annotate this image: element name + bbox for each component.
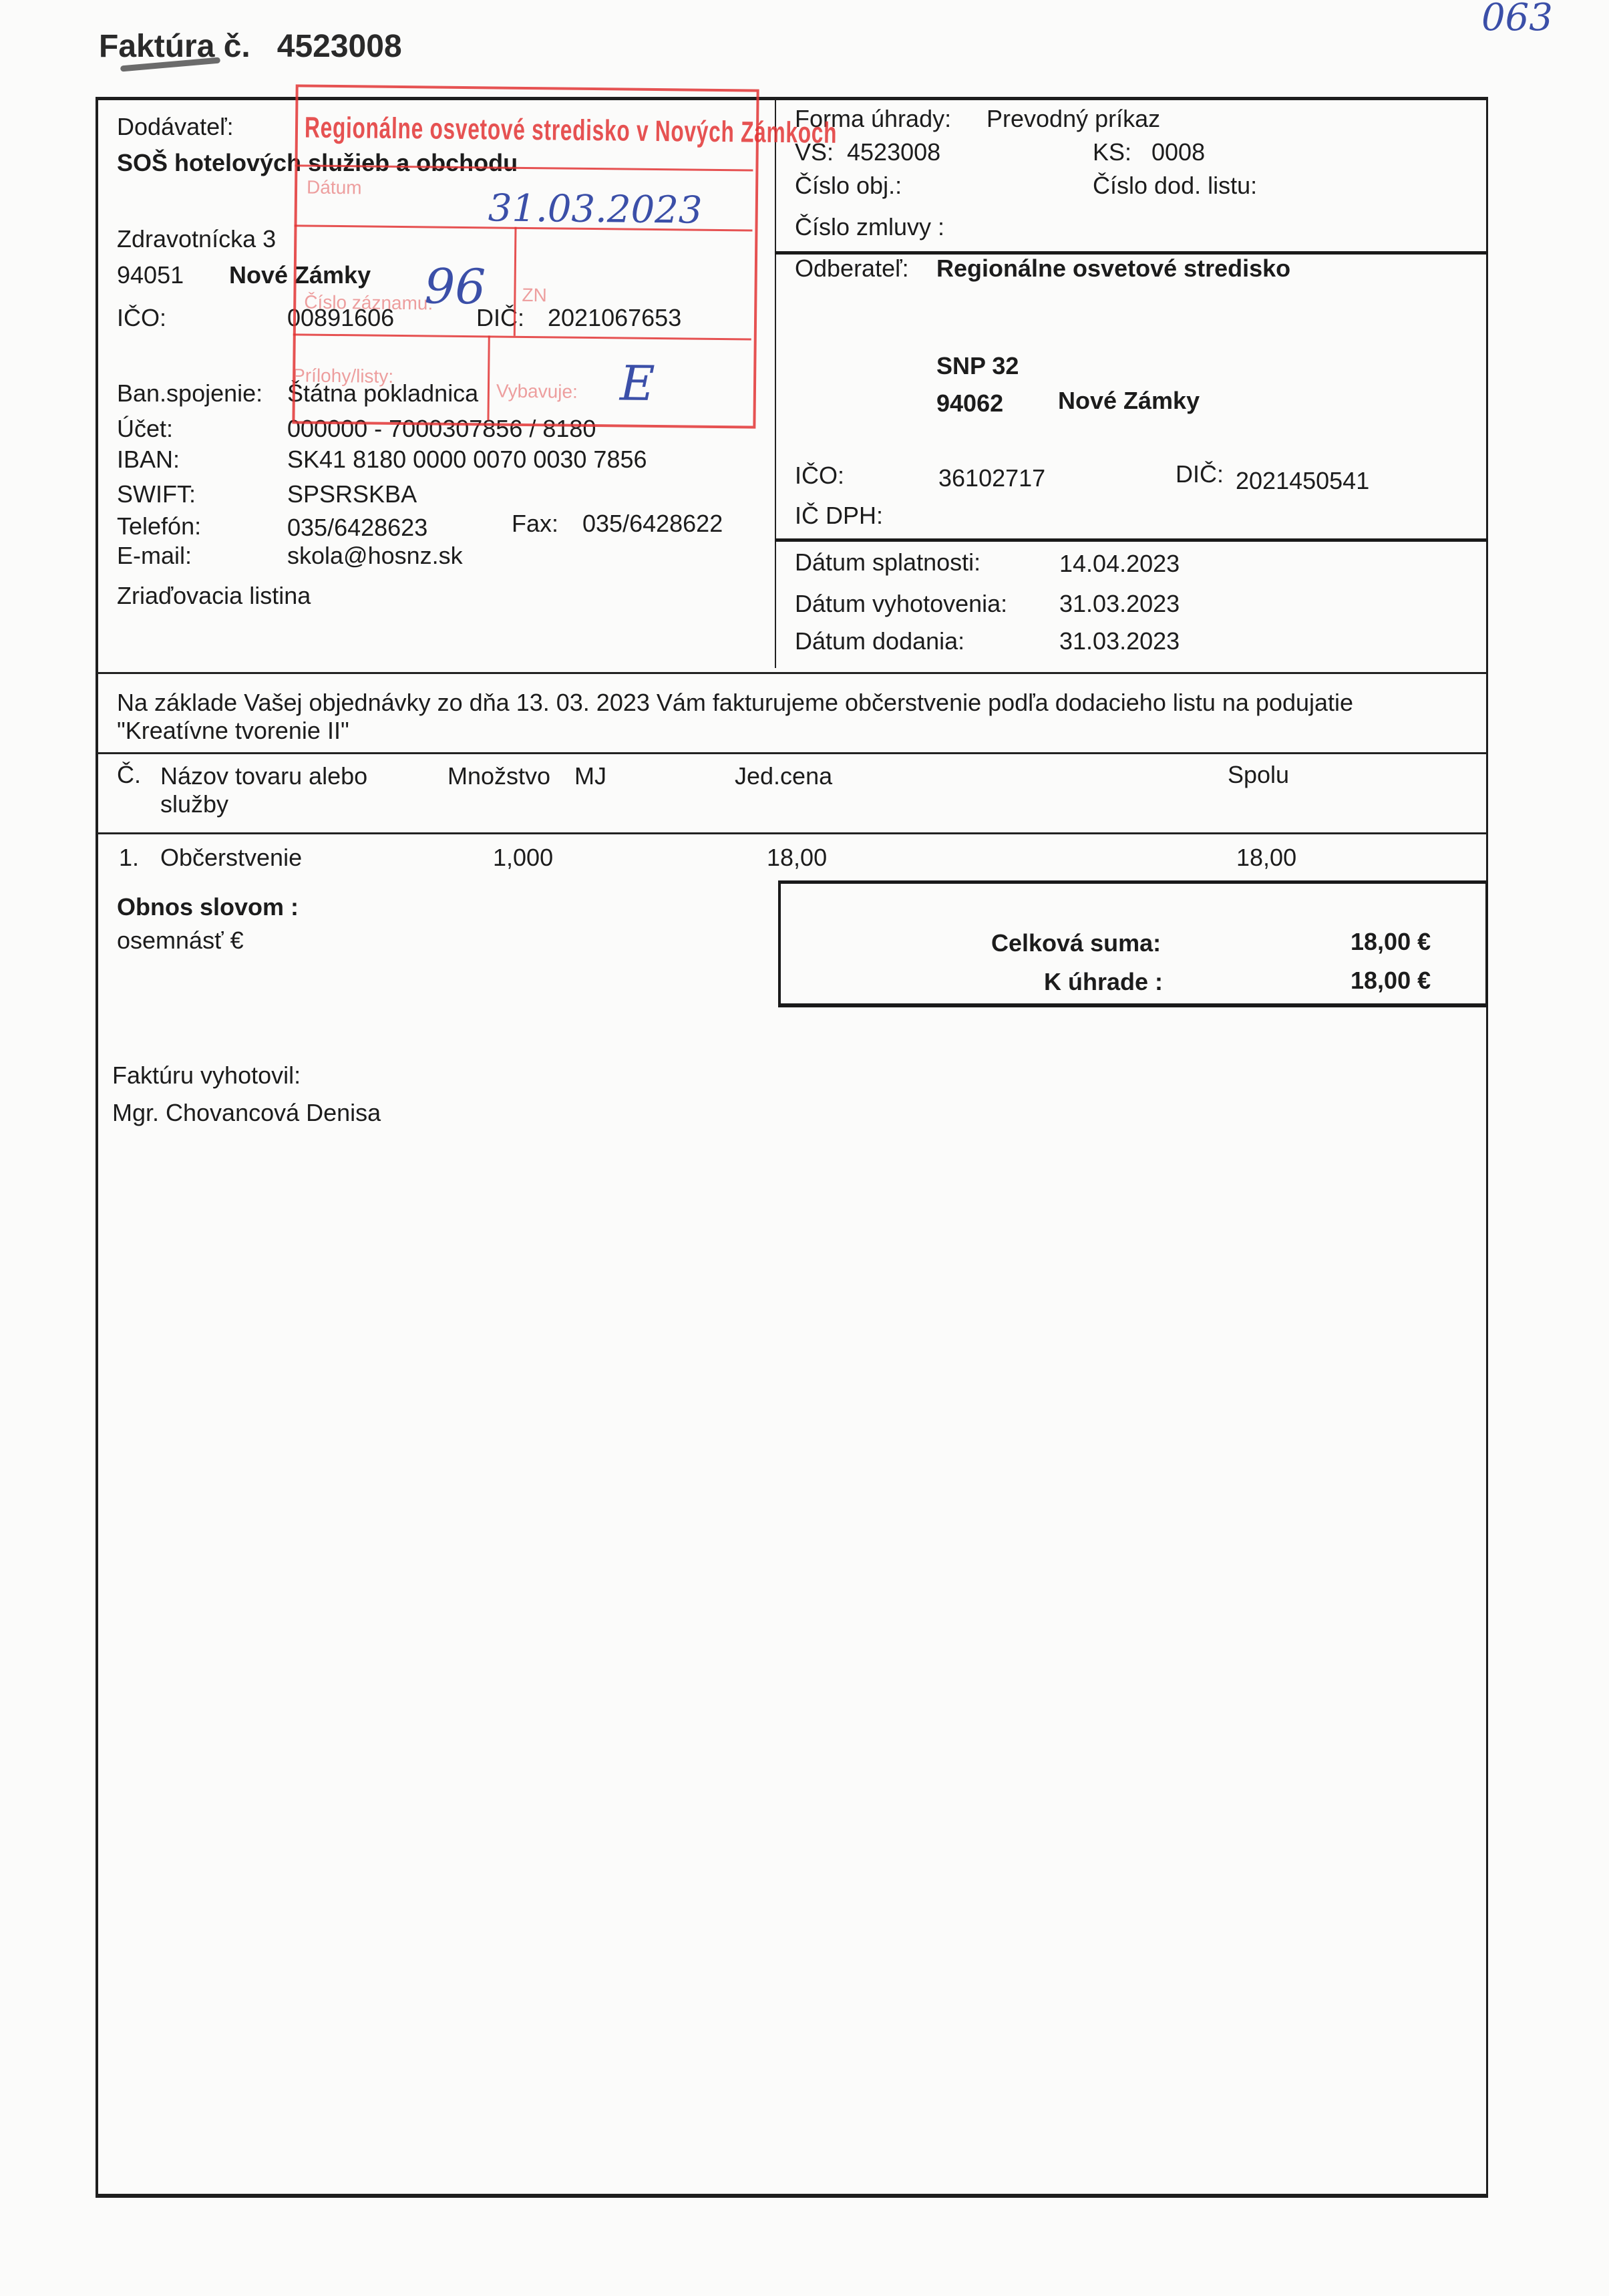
col-header-qty: Množstvo xyxy=(448,764,550,788)
issuer-label: Faktúru vyhotovil: xyxy=(112,1063,301,1088)
customer-dic-label: DIČ: xyxy=(1176,462,1224,486)
delivery-note-label: Číslo dod. listu: xyxy=(1093,174,1257,198)
col-header-name: Názov tovaru alebo xyxy=(160,764,367,788)
delivery-date: 31.03.2023 xyxy=(1059,629,1180,653)
supplier-label: Dodávateľ: xyxy=(117,115,234,139)
issuer-name: Mgr. Chovancová Denisa xyxy=(112,1101,381,1125)
col-header-name-line2: služby xyxy=(160,792,228,816)
invoice-number: 4523008 xyxy=(277,29,402,64)
supplier-email-label: E-mail: xyxy=(117,544,192,568)
total-sum-value: 18,00 € xyxy=(1351,930,1431,954)
supplier-fax: 035/6428622 xyxy=(582,512,723,536)
supplier-zip: 94051 xyxy=(117,263,184,287)
vs-value: 4523008 xyxy=(847,140,940,164)
to-pay-value: 18,00 € xyxy=(1351,969,1431,993)
supplier-fax-label: Fax: xyxy=(512,512,558,536)
customer-name: Regionálne osvetové stredisko xyxy=(936,257,1290,281)
divider-table-header-top xyxy=(98,752,1486,754)
payment-method-label: Forma úhrady: xyxy=(795,107,951,131)
supplier-city: Nové Zámky xyxy=(229,263,371,287)
customer-ico-label: IČO: xyxy=(795,464,844,488)
amount-words-label: Obnos slovom : xyxy=(117,895,299,919)
invoice-frame xyxy=(96,97,1488,2198)
supplier-account: 000000 - 7000307856 / 8180 xyxy=(287,417,596,441)
supplier-iban: SK41 8180 0000 0070 0030 7856 xyxy=(287,448,647,472)
row-no: 1. xyxy=(119,846,139,870)
issue-date: 31.03.2023 xyxy=(1059,592,1180,616)
supplier-ico-label: IČO: xyxy=(117,306,166,330)
supplier-ico: 00891606 xyxy=(287,306,394,330)
supplier-iban-label: IBAN: xyxy=(117,448,180,472)
row-name: Občerstvenie xyxy=(160,846,302,870)
supplier-name: SOŠ hotelových služieb a obchodu xyxy=(117,151,518,175)
supplier-swift-label: SWIFT: xyxy=(117,482,196,506)
customer-label: Odberateľ: xyxy=(795,257,909,281)
customer-dic: 2021450541 xyxy=(1236,469,1369,493)
divider-description-top xyxy=(98,672,1486,674)
to-pay-label: K úhrade : xyxy=(1044,970,1163,994)
row-total: 18,00 xyxy=(1236,846,1296,870)
due-date-label: Dátum splatnosti: xyxy=(795,550,980,575)
total-sum-label: Celková suma: xyxy=(991,931,1161,955)
supplier-phone-label: Telefón: xyxy=(117,514,201,538)
supplier-swift: SPSRSKBA xyxy=(287,482,417,506)
row-qty: 1,000 xyxy=(493,846,553,870)
col-header-total: Spolu xyxy=(1228,763,1289,787)
customer-ico: 36102717 xyxy=(938,466,1045,490)
supplier-dic-label: DIČ: xyxy=(476,306,524,330)
amount-words-value: osemnásť € xyxy=(117,929,244,953)
invoice-title: Faktúra č.4523008 xyxy=(99,28,402,65)
corner-handwritten-note: 063 xyxy=(1481,0,1553,39)
customer-city: Nové Zámky xyxy=(1058,389,1200,413)
invoice-title-label: Faktúra č. xyxy=(99,29,250,64)
supplier-dic: 2021067653 xyxy=(548,306,681,330)
row-unit-price: 18,00 xyxy=(767,846,827,870)
vs-label: VS: xyxy=(795,140,834,164)
supplier-bank-label: Ban.spojenie: xyxy=(117,381,262,405)
col-header-unit: MJ xyxy=(574,764,606,788)
customer-street: SNP 32 xyxy=(936,354,1019,378)
issue-date-label: Dátum vyhotovenia: xyxy=(795,592,1007,616)
order-number-label: Číslo obj.: xyxy=(795,174,902,198)
customer-icdph-label: IČ DPH: xyxy=(795,504,883,528)
column-divider xyxy=(775,99,776,668)
supplier-account-label: Účet: xyxy=(117,417,173,441)
supplier-bank: Štátna pokladnica xyxy=(287,381,478,405)
description-line-2: "Kreatívne tvorenie II" xyxy=(117,719,349,743)
payment-method: Prevodný príkaz xyxy=(987,107,1160,131)
divider-table-header-bottom xyxy=(98,832,1486,834)
contract-number-label: Číslo zmluvy : xyxy=(795,215,944,239)
delivery-date-label: Dátum dodania: xyxy=(795,629,964,653)
supplier-street: Zdravotnícka 3 xyxy=(117,227,276,251)
supplier-phone: 035/6428623 xyxy=(287,516,427,540)
due-date: 14.04.2023 xyxy=(1059,552,1180,576)
col-header-no: Č. xyxy=(117,763,141,787)
supplier-register-note: Zriaďovacia listina xyxy=(117,584,311,608)
ks-value: 0008 xyxy=(1151,140,1205,164)
supplier-email: skola@hosnz.sk xyxy=(287,544,463,568)
description-line-1: Na základe Vašej objednávky zo dňa 13. 0… xyxy=(117,691,1353,715)
divider-dates-top xyxy=(775,538,1488,542)
customer-zip: 94062 xyxy=(936,391,1003,416)
col-header-unit-price: Jed.cena xyxy=(735,764,832,788)
ks-label: KS: xyxy=(1093,140,1131,164)
